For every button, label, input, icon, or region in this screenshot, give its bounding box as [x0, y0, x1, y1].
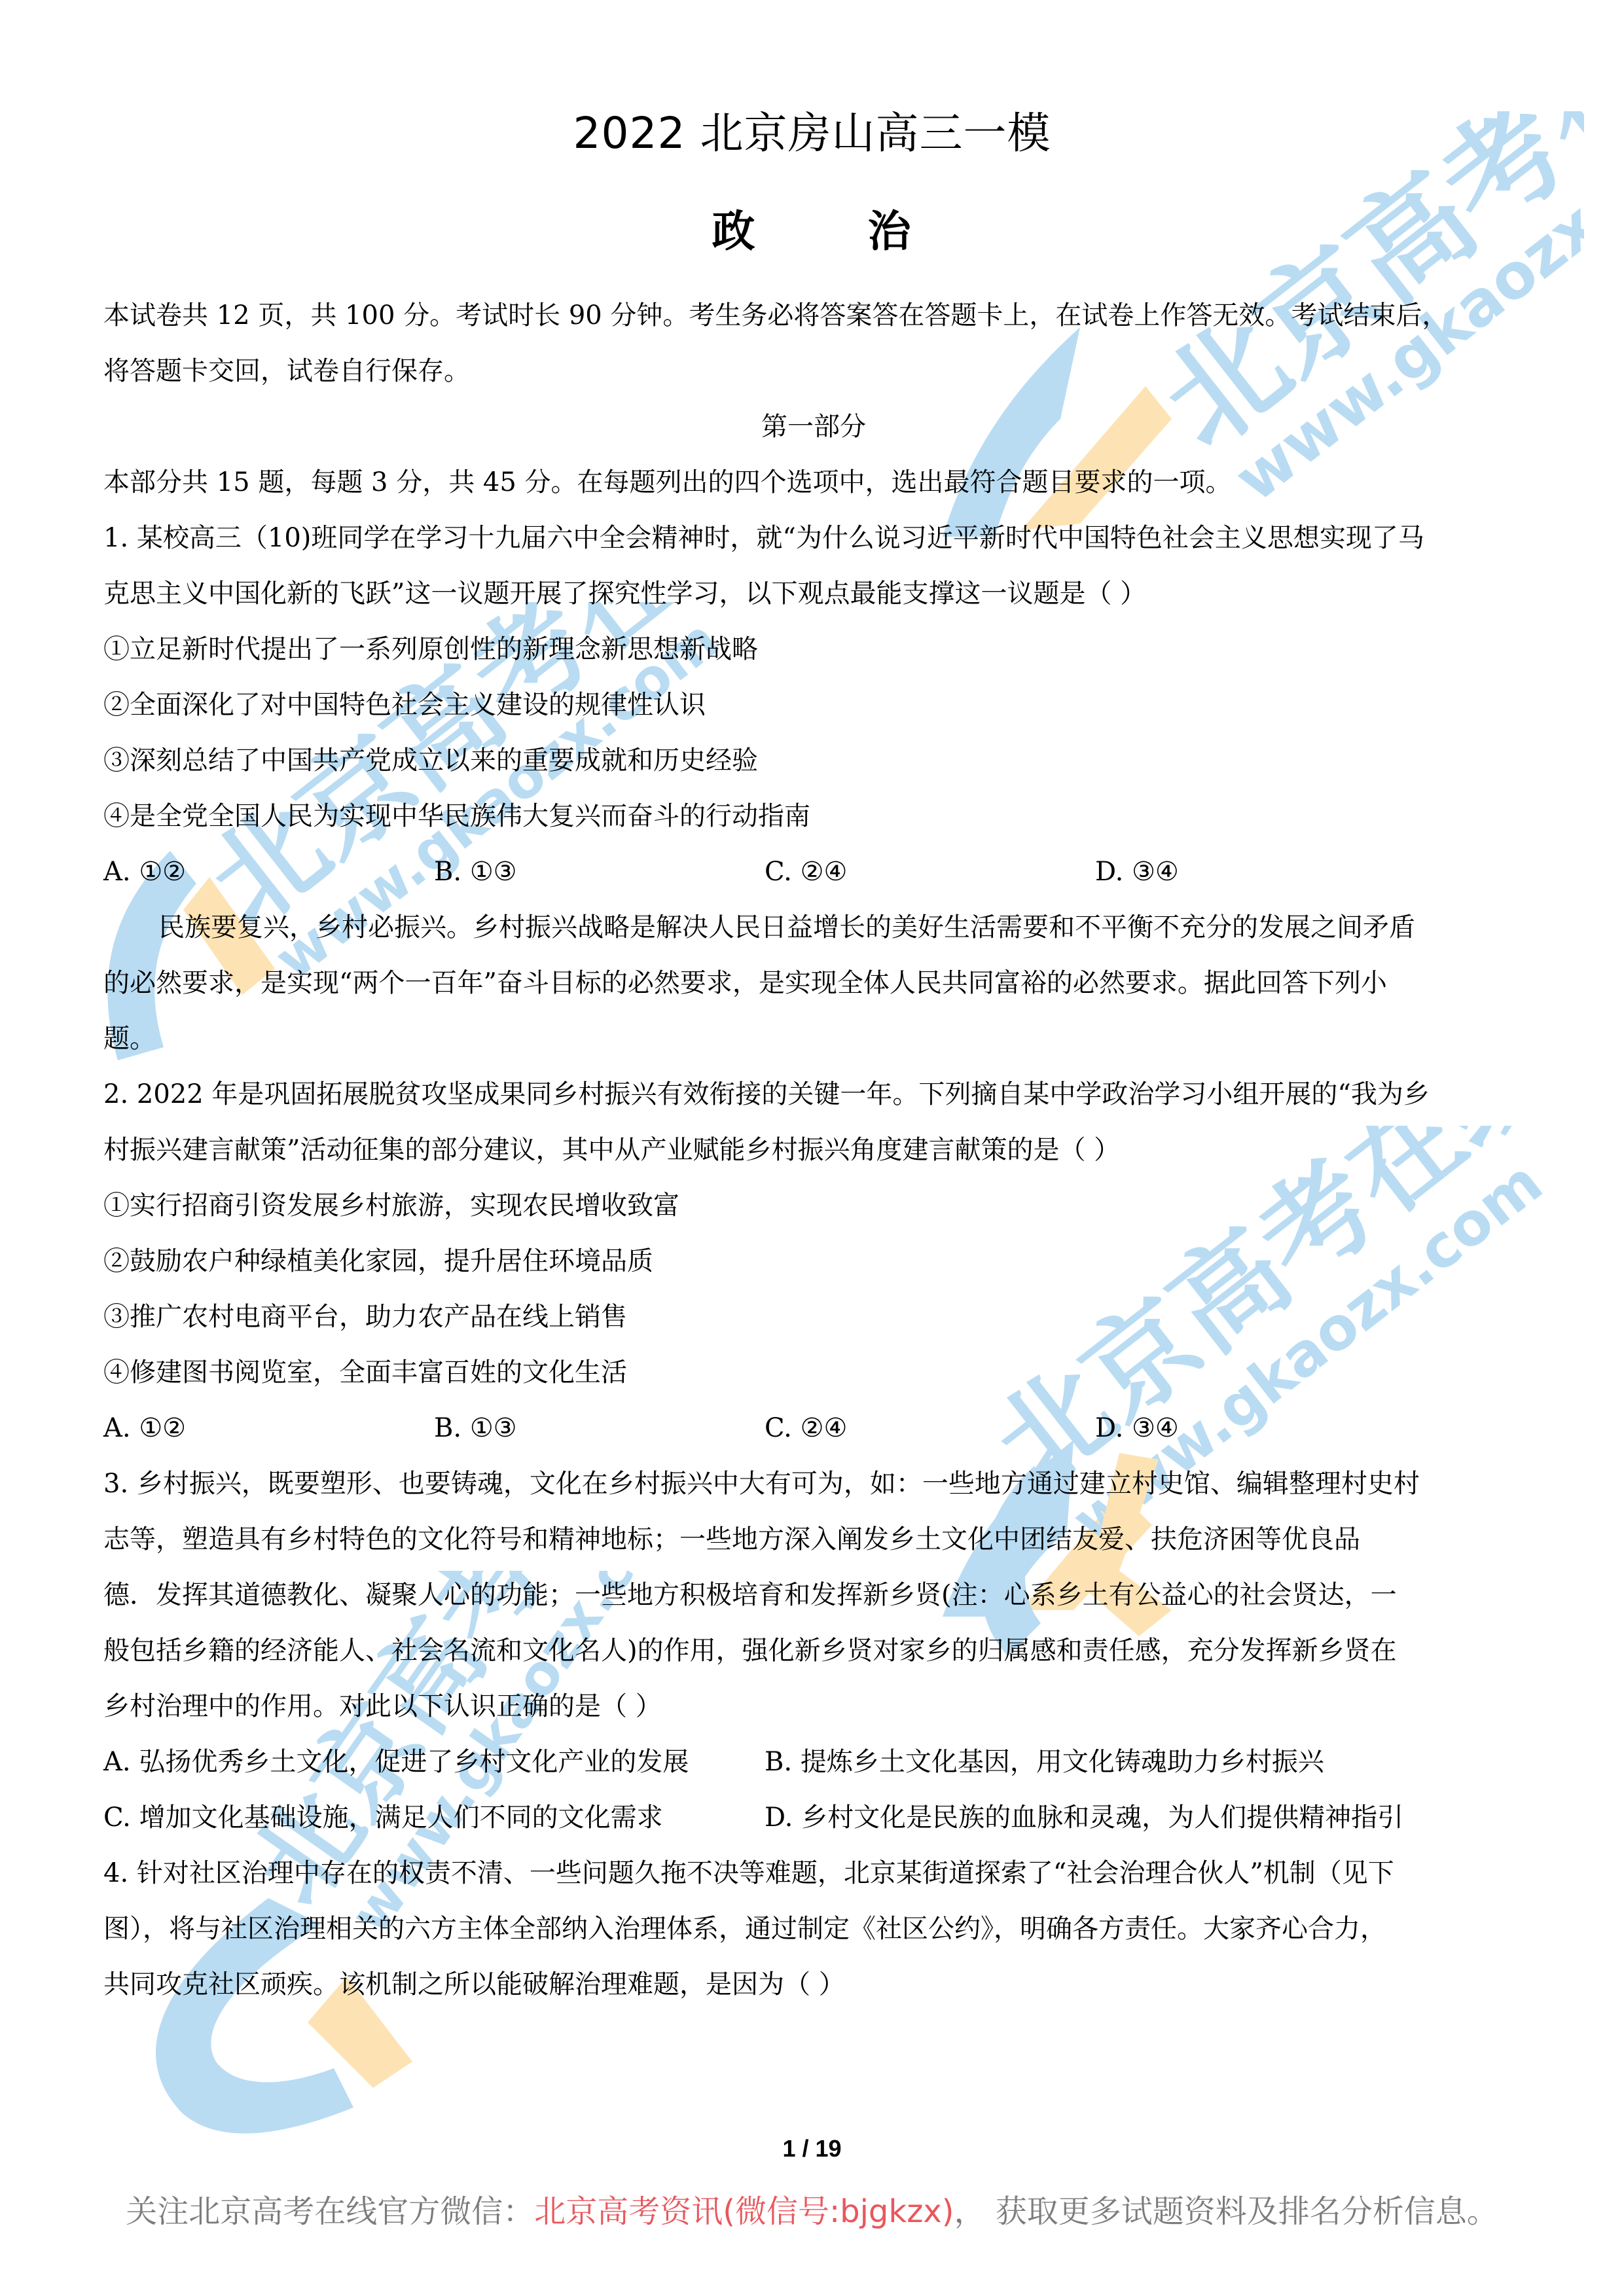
q3-stem-line-5: 乡村治理中的作用。对此以下认识正确的是（ ） [103, 1679, 1524, 1734]
question-4: 4. 针对社区治理中存在的权责不清、一些问题久拖不决等难题，北京某街道探索了“社… [103, 1846, 1524, 2013]
q2-statement-3: ③推广农村电商平台，助力农产品在线上销售 [103, 1289, 1524, 1345]
q1-option-a: A. ①② [103, 844, 434, 900]
q2-stem-line-2: 村振兴建言献策”活动征集的部分建议，其中从产业赋能乡村振兴角度建言献策的是（ ） [103, 1122, 1524, 1178]
q1-statement-3: ③深刻总结了中国共产党成立以来的重要成就和历史经验 [103, 733, 1524, 789]
q3-options-row-2: C. 增加文化基础设施，满足人们不同的文化需求 D. 乡村文化是民族的血脉和灵魂… [103, 1790, 1524, 1846]
q3-stem-line-2: 志等，塑造具有乡村特色的文化符号和精神地标；一些地方深入阐发乡土文化中团结友爱、… [103, 1512, 1524, 1568]
subject-char-1: 政 [712, 196, 757, 259]
q3-option-b: B. 提炼乡土文化基因，用文化铸魂助力乡村振兴 [765, 1734, 1324, 1790]
q2-statement-1: ①实行招商引资发展乡村旅游，实现农民增收致富 [103, 1178, 1524, 1234]
question-2: 2. 2022 年是巩固拓展脱贫攻坚成果同乡村振兴有效衔接的关键一年。下列摘自某… [103, 1067, 1524, 1456]
q2-stem-line-1: 2. 2022 年是巩固拓展脱贫攻坚成果同乡村振兴有效衔接的关键一年。下列摘自某… [103, 1067, 1524, 1122]
instructions-line-2: 将答题卡交回，试卷自行保存。 [103, 344, 1524, 399]
instructions-line-1: 本试卷共 12 页，共 100 分。考试时长 90 分钟。考生务必将答案答在答题… [103, 288, 1524, 344]
q2-option-d: D. ③④ [1095, 1401, 1426, 1456]
question-3: 3. 乡村振兴，既要塑形、也要铸魂，文化在乡村振兴中大有可为，如：一些地方通过建… [103, 1456, 1524, 1846]
q4-stem-line-3: 共同攻克社区顽疾。该机制之所以能破解治理难题，是因为（ ） [103, 1957, 1524, 2013]
q3-stem-line-3: 德．发挥其道德教化、凝聚人心的功能；一些地方积极培育和发挥新乡贤(注：心系乡土有… [103, 1568, 1524, 1623]
exam-body: 本试卷共 12 页，共 100 分。考试时长 90 分钟。考生务必将答案答在答题… [103, 288, 1524, 2013]
q3-option-d: D. 乡村文化是民族的血脉和灵魂，为人们提供精神指引 [765, 1790, 1403, 1846]
q1-statement-2: ②全面深化了对中国特色社会主义建设的规律性认识 [103, 677, 1524, 733]
q1-option-c: C. ②④ [765, 844, 1095, 900]
q2-statement-2: ②鼓励农户种绿植美化家园，提升居住环境品质 [103, 1234, 1524, 1289]
q1-option-d: D. ③④ [1095, 844, 1426, 900]
footer-prefix: 关注北京高考在线官方微信： [126, 2193, 534, 2230]
q3-options-row-1: A. 弘扬优秀乡土文化，促进了乡村文化产业的发展 B. 提炼乡土文化基因，用文化… [103, 1734, 1524, 1790]
q2-option-b: B. ①③ [434, 1401, 765, 1456]
material-line-3: 题。 [103, 1011, 1524, 1067]
q3-option-c: C. 增加文化基础设施，满足人们不同的文化需求 [103, 1790, 765, 1846]
footer-suffix: ， 获取更多试题资料及排名分析信息。 [954, 2193, 1498, 2230]
q4-stem-line-2: 图），将与社区治理相关的六方主体全部纳入治理体系，通过制定《社区公约》，明确各方… [103, 1901, 1524, 1957]
subject-char-2: 治 [868, 196, 912, 259]
shared-material: 民族要复兴，乡村必振兴。乡村振兴战略是解决人民日益增长的美好生活需要和不平衡不充… [103, 900, 1524, 1067]
q2-statement-4: ④修建图书阅览室，全面丰富百姓的文化生活 [103, 1345, 1524, 1401]
section-intro: 本部分共 15 题，每题 3 分，共 45 分。在每题列出的四个选项中，选出最符… [103, 455, 1524, 511]
q1-statement-1: ①立足新时代提出了一系列原创性的新理念新思想新战略 [103, 622, 1524, 677]
page-number: 1 / 19 [0, 2135, 1624, 2162]
material-line-2: 的必然要求，是实现“两个一百年”奋斗目标的必然要求，是实现全体人民共同富裕的必然… [103, 956, 1524, 1011]
material-line-1: 民族要复兴，乡村必振兴。乡村振兴战略是解决人民日益增长的美好生活需要和不平衡不充… [103, 900, 1524, 956]
q2-option-c: C. ②④ [765, 1401, 1095, 1456]
q2-options: A. ①② B. ①③ C. ②④ D. ③④ [103, 1401, 1524, 1456]
q3-stem-line-4: 般包括乡籍的经济能人、社会名流和文化名人)的作用，强化新乡贤对家乡的归属感和责任… [103, 1623, 1524, 1679]
q3-option-a: A. 弘扬优秀乡土文化，促进了乡村文化产业的发展 [103, 1734, 765, 1790]
footer-notice: 关注北京高考在线官方微信：北京高考资讯(微信号:bjgkzx)， 获取更多试题资… [0, 2186, 1624, 2231]
q1-stem-line-2: 克思主义中国化新的飞跃”这一议题开展了探究性学习，以下观点最能支撑这一议题是（ … [103, 566, 1524, 622]
q2-option-a: A. ①② [103, 1401, 434, 1456]
exam-title: 2022 北京房山高三一模 [0, 98, 1624, 160]
section-title: 第一部分 [103, 399, 1524, 455]
footer-wechat-highlight: 北京高考资讯(微信号:bjgkzx) [534, 2193, 954, 2230]
q4-stem-line-1: 4. 针对社区治理中存在的权责不清、一些问题久拖不决等难题，北京某街道探索了“社… [103, 1846, 1524, 1901]
subject-title: 政治 [0, 196, 1624, 259]
q3-stem-line-1: 3. 乡村振兴，既要塑形、也要铸魂，文化在乡村振兴中大有可为，如：一些地方通过建… [103, 1456, 1524, 1512]
q1-options: A. ①② B. ①③ C. ②④ D. ③④ [103, 844, 1524, 900]
q1-statement-4: ④是全党全国人民为实现中华民族伟大复兴而奋斗的行动指南 [103, 789, 1524, 844]
question-1: 1. 某校高三（10)班同学在学习十九届六中全会精神时，就“为什么说习近平新时代… [103, 511, 1524, 900]
exam-page: 2022 北京房山高三一模 政治 本试卷共 12 页，共 100 分。考试时长 … [0, 0, 1624, 2296]
q1-option-b: B. ①③ [434, 844, 765, 900]
q1-stem-line-1: 1. 某校高三（10)班同学在学习十九届六中全会精神时，就“为什么说习近平新时代… [103, 511, 1524, 566]
